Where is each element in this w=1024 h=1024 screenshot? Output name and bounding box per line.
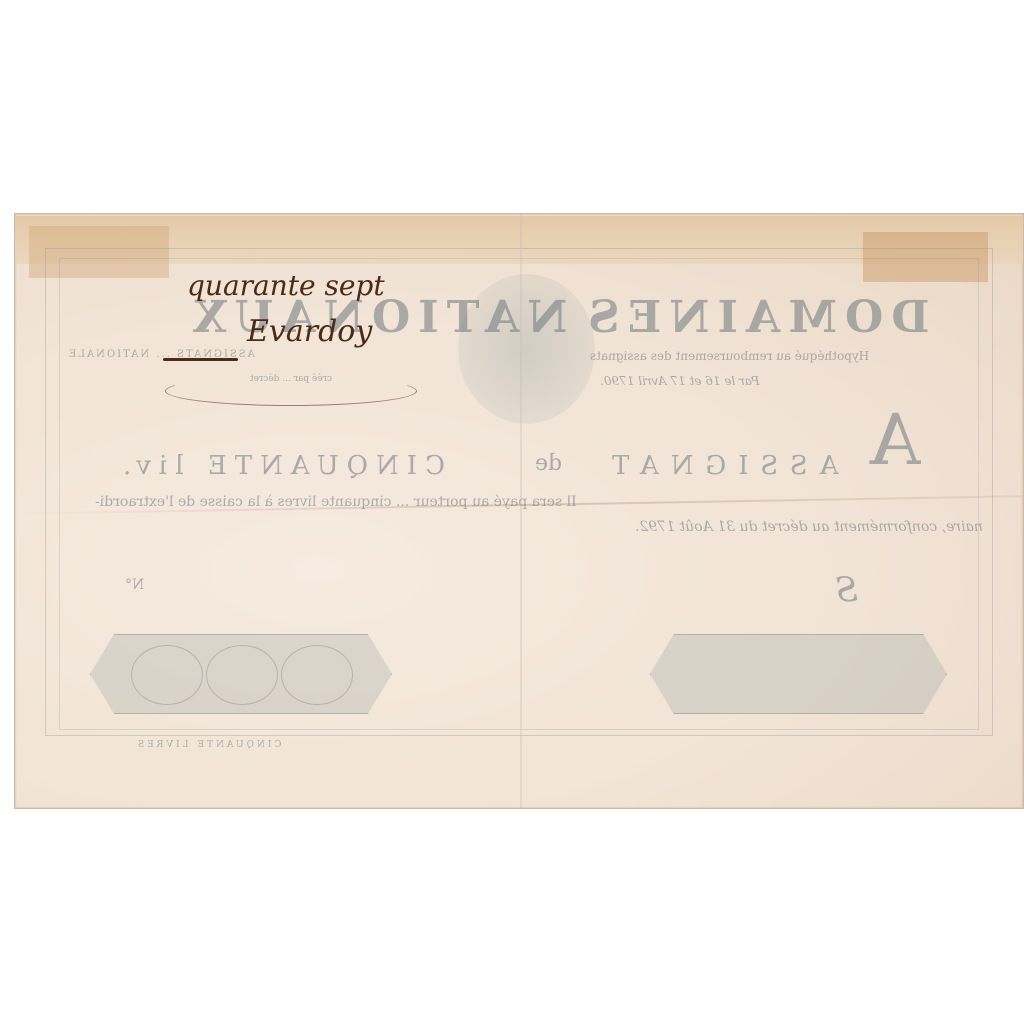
medallion-circle <box>206 645 278 705</box>
signature-stroke <box>163 358 238 361</box>
decree-line: Par le 16 et 17 Avril 1790. <box>600 374 759 388</box>
payment-text-line-2: naire, conformément au décret du 31 Août… <box>635 519 983 535</box>
bottom-band-text: CINQUANTE LIVRES <box>135 740 281 750</box>
value-label: CINQUANTE liv. <box>115 451 445 481</box>
de-label: de <box>535 451 562 476</box>
handwritten-amount: quarante sept <box>187 269 385 302</box>
serie-mark: S <box>835 570 858 610</box>
serial-number: N° <box>125 577 144 593</box>
cartouche-right <box>650 634 947 714</box>
cartouche-left <box>90 634 392 714</box>
big-letter-a: A <box>870 399 921 481</box>
hypotheque-line: Hypothéqué au remboursement des assignat… <box>590 349 869 363</box>
signature-flourish <box>165 376 417 406</box>
medallion-circle <box>281 645 353 705</box>
banknote: DOMAINES NATIONAUX Hypothéqué au rembour… <box>14 213 1024 809</box>
medallion-circle <box>131 645 203 705</box>
header-domaines: DOMAINES <box>580 292 929 343</box>
handwritten-signature: Evardoy <box>247 314 372 349</box>
assignat-label: ASSIGNAT <box>600 451 838 481</box>
fold-crease-vertical <box>520 214 522 808</box>
